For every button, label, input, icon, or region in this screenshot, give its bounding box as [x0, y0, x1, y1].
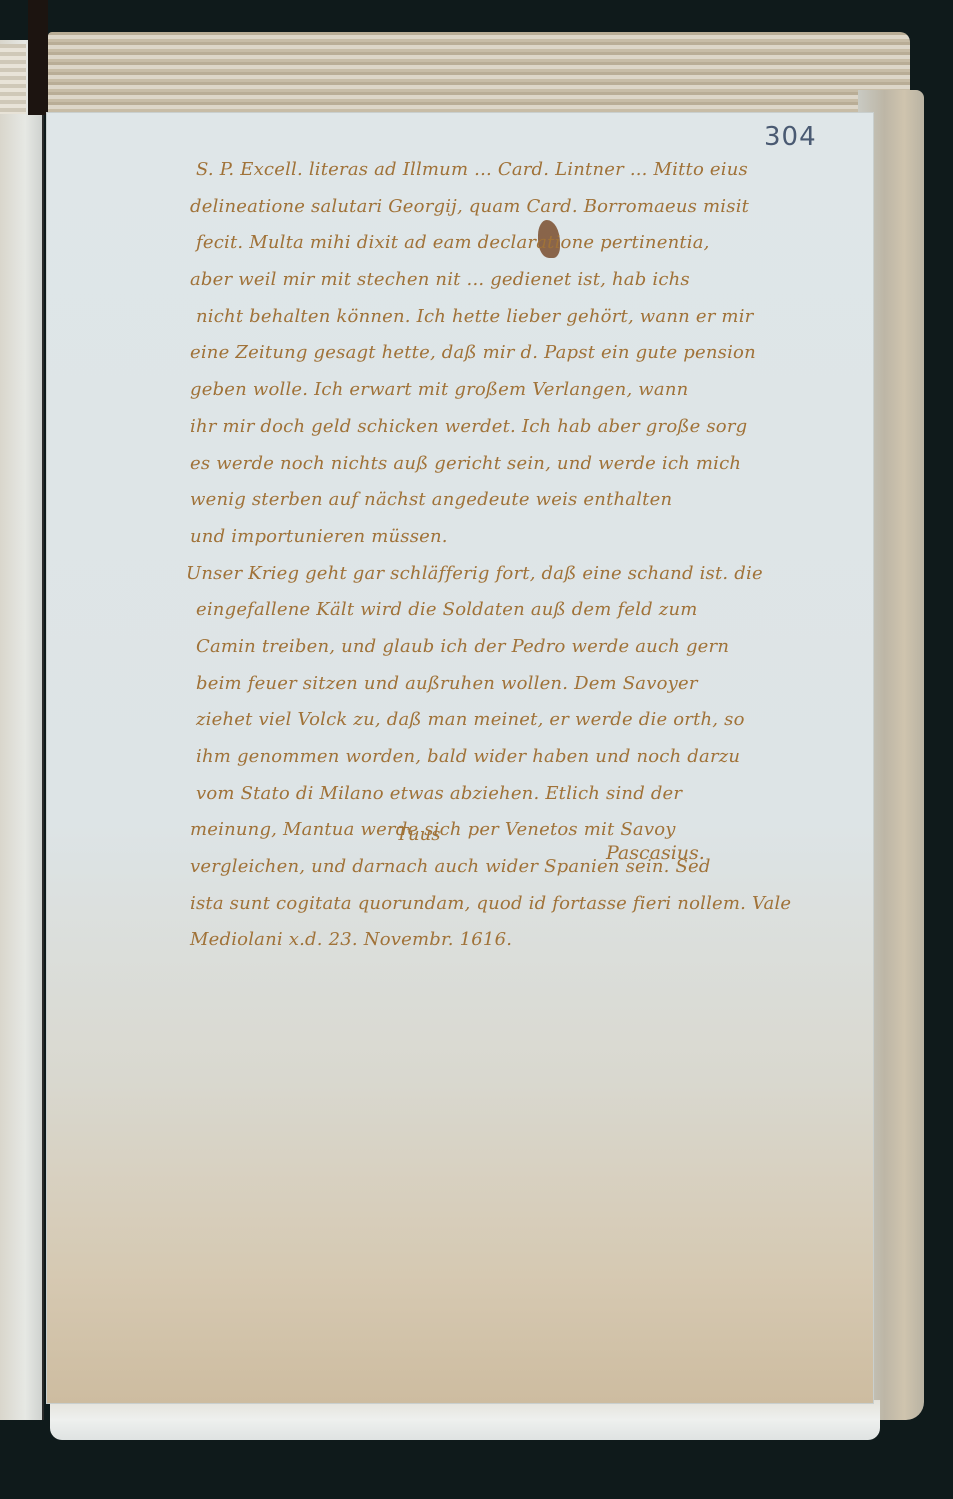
manuscript-line: S. P. Excell. literas ad Illmum ... Card… — [196, 152, 864, 189]
folio-number: 304 — [764, 122, 817, 152]
page-stack-top — [48, 32, 910, 120]
manuscript-line: ziehet viel Volck zu, daß man meinet, er… — [196, 702, 864, 739]
manuscript-line: und importunieren müssen. — [190, 519, 864, 556]
manuscript-line: meinung, Mantua werde sich per Venetos m… — [190, 812, 864, 849]
manuscript-line: Mediolani x.d. 23. Novembr. 1616. — [190, 922, 864, 959]
manuscript-line: delineatione salutari Georgij, quam Card… — [190, 189, 864, 226]
manuscript-line: beim feuer sitzen und außruhen wollen. D… — [196, 666, 864, 703]
manuscript-line: Unser Krieg geht gar schläfferig fort, d… — [186, 556, 864, 593]
page-stack-bottom — [50, 1400, 880, 1440]
manuscript-line: es werde noch nichts auß gericht sein, u… — [190, 446, 864, 483]
manuscript-line: aber weil mir mit stechen nit ... gedien… — [190, 262, 864, 299]
left-page-stack — [0, 44, 26, 114]
manuscript-line: geben wolle. Ich erwart mit großem Verla… — [190, 372, 864, 409]
letter-body: S. P. Excell. literas ad Illmum ... Card… — [196, 152, 864, 959]
manuscript-line: vom Stato di Milano etwas abziehen. Etli… — [196, 776, 864, 813]
manuscript-line: vergleichen, und darnach auch wider Span… — [190, 849, 864, 886]
manuscript-line: eine Zeitung gesagt hette, daß mir d. Pa… — [190, 335, 864, 372]
book-gutter — [28, 0, 48, 115]
manuscript-line: eingefallene Kält wird die Soldaten auß … — [196, 592, 864, 629]
manuscript-line: fecit. Multa mihi dixit ad eam declarati… — [196, 225, 864, 262]
left-page-edge — [0, 40, 44, 1420]
manuscript-page: 304 S. P. Excell. literas ad Illmum ... … — [46, 112, 874, 1404]
manuscript-line: ihr mir doch geld schicken werdet. Ich h… — [190, 409, 864, 446]
manuscript-line: ista sunt cogitata quorundam, quod id fo… — [190, 886, 864, 923]
manuscript-line: Camin treiben, und glaub ich der Pedro w… — [196, 629, 864, 666]
closing-word: Tuus — [396, 824, 440, 845]
manuscript-line: wenig sterben auf nächst angedeute weis … — [190, 482, 864, 519]
manuscript-line: ihm genommen worden, bald wider haben un… — [196, 739, 864, 776]
manuscript-line: nicht behalten können. Ich hette lieber … — [196, 299, 864, 336]
signature: Pascasius. — [606, 842, 705, 864]
